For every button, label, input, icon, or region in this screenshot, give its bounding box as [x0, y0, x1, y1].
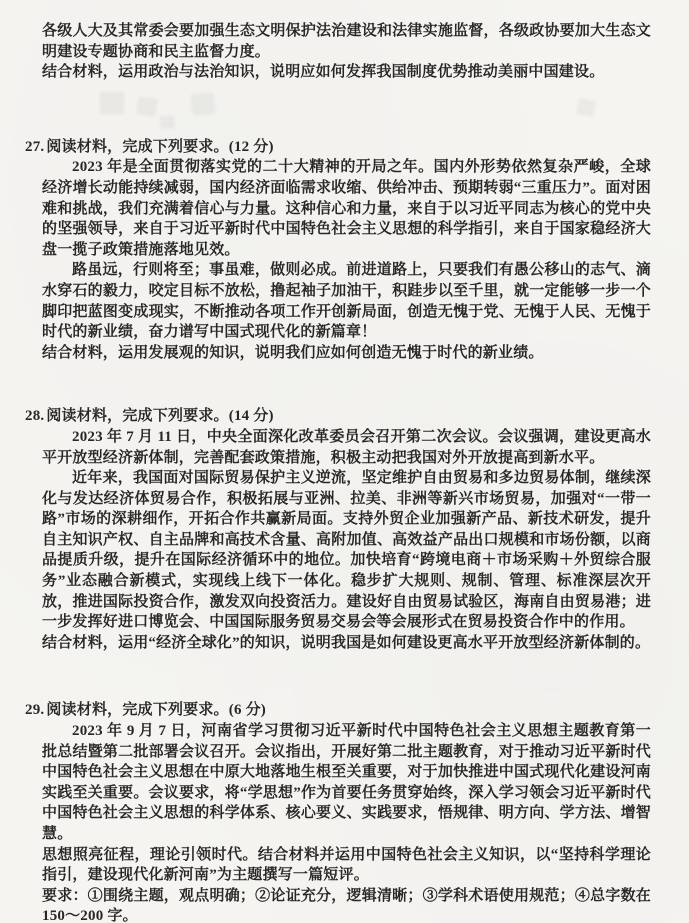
- bleed-through-artifact: [100, 92, 230, 138]
- question-29-requirements: 要求：①围绕主题，观点明确；②论证充分，逻辑清晰；③学科术语使用规范；④总字数在…: [42, 886, 651, 923]
- question-29-task-prompt: 思想照亮征程，理论引领时代。结合材料并运用中国特色社会主义知识，以“坚持科学理论…: [42, 845, 651, 886]
- question-28-material-paragraph: 2023 年 7 月 11 日，中央全面深化改革委员会召开第二次会议。会议强调，…: [42, 427, 651, 468]
- question-28-instruction: 阅读材料，完成下列要求。(14 分): [46, 408, 273, 424]
- question-28-section: 28.阅读材料，完成下列要求。(14 分) 2023 年 7 月 11 日，中央…: [42, 406, 651, 653]
- ink-smudge: [577, 99, 596, 117]
- question-28-material-paragraph: 近年来，我国面对国际贸易保护主义逆流，坚定维护自由贸易和多边贸易体制，继续深化与…: [42, 468, 651, 633]
- fragment-body-text: 各级人大及其常委会要加强生态文明保护法治建设和法律实施监督，各级政协要加大生态文…: [42, 21, 651, 62]
- question-29-number: 29.: [25, 702, 46, 718]
- fragment-prompt-text: 结合材料，运用政治与法治知识，说明应如何发挥我国制度优势推动美丽中国建设。: [42, 62, 651, 83]
- ink-smudge: [100, 92, 124, 114]
- question-27-material-paragraph: 2023 年是全面贯彻落实党的二十大精神的开局之年。国内外形势依然复杂严峻，全球…: [42, 157, 651, 260]
- question-28-task-prompt: 结合材料，运用“经济全球化”的知识，说明我国是如何建设更高水平开放型经济新体制的…: [42, 633, 651, 654]
- ink-smudge: [137, 97, 157, 116]
- question-28-heading: 28.阅读材料，完成下列要求。(14 分): [25, 406, 651, 427]
- question-29-heading: 29.阅读材料，完成下列要求。(6 分): [25, 700, 651, 721]
- question-29-material-paragraph: 2023 年 9 月 7 日，河南省学习贯彻习近平新时代中国特色社会主义思想主题…: [42, 721, 651, 845]
- question-27-material-paragraph: 路虽远，行则将至；事虽难，做则必成。前进道路上，只要我们有愚公移山的志气、滴水穿…: [42, 260, 651, 342]
- question-27-instruction: 阅读材料，完成下列要求。(12 分): [46, 139, 273, 155]
- question-28-number: 28.: [25, 408, 46, 424]
- question-29-instruction: 阅读材料，完成下列要求。(6 分): [46, 702, 266, 718]
- exam-page: 各级人大及其常委会要加强生态文明保护法治建设和法律实施监督，各级政协要加大生态文…: [0, 0, 689, 923]
- question-29-section: 29.阅读材料，完成下列要求。(6 分) 2023 年 9 月 7 日，河南省学…: [42, 700, 651, 923]
- question-27-heading: 27.阅读材料，完成下列要求。(12 分): [25, 137, 651, 158]
- question-27-number: 27.: [25, 139, 46, 155]
- bleed-through-artifact: [578, 100, 598, 118]
- question-27-task-prompt: 结合材料，运用发展观的知识，说明我们应如何创造无愧于时代的新业绩。: [42, 343, 651, 364]
- scanned-exam-page: { "page": { "kind": "scanned exam paper …: [0, 0, 689, 923]
- question-27-section: 27.阅读材料，完成下列要求。(12 分) 2023 年是全面贯彻落实党的二十大…: [42, 137, 651, 364]
- top-fragment-section: 各级人大及其常委会要加强生态文明保护法治建设和法律实施监督，各级政协要加大生态文…: [42, 21, 651, 83]
- ink-smudge: [160, 116, 174, 128]
- ink-smudge: [191, 93, 215, 115]
